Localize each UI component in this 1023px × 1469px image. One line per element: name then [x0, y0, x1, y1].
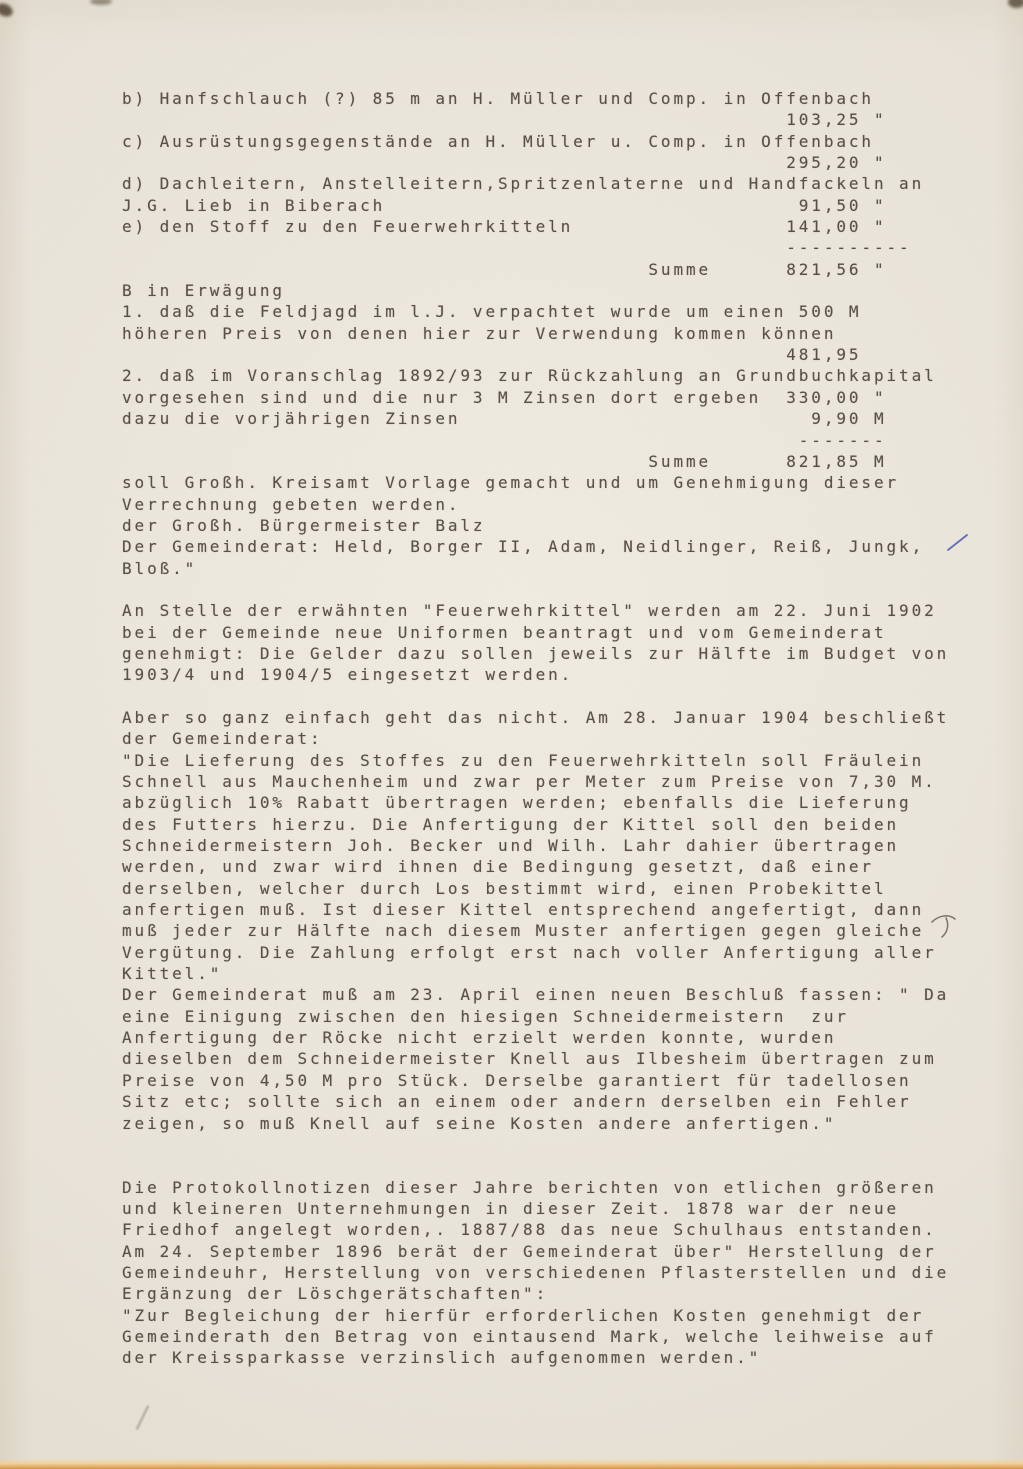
text-line: dazu die vorjährigen Zinsen 9,90 M [122, 408, 949, 429]
text-line: ------- [122, 430, 949, 451]
text-line: Summe 821,85 M [122, 451, 949, 472]
text-line: Anfertigung der Röcke nicht erzielt werd… [122, 1027, 949, 1048]
paper-bottom-edge [0, 1459, 1023, 1469]
text-line: anfertigen muß. Ist dieser Kittel entspr… [122, 899, 949, 920]
text-line: Sitz etc; sollte sich an einem oder ande… [122, 1091, 949, 1112]
text-line: ---------- [122, 237, 949, 258]
text-line: Verrechnung gebeten werden. [122, 494, 949, 515]
text-line: der Kreissparkasse verzinslich aufgenomm… [122, 1347, 949, 1368]
text-line: "Zur Begleichung der hierfür erforderlic… [122, 1305, 949, 1326]
text-line: vorgesehen sind und die nur 3 M Zinsen d… [122, 387, 949, 408]
text-line: 1. daß die Feldjagd im l.J. verpachtet w… [122, 301, 949, 322]
text-line: und kleineren Unternehmungen in dieser Z… [122, 1198, 949, 1219]
text-line: höheren Preis von denen hier zur Verwend… [122, 323, 949, 344]
text-line: 1903/4 und 1904/5 eingesetzt werden. [122, 664, 949, 685]
text-line [122, 1155, 949, 1176]
text-line: eine Einigung zwischen den hiesigen Schn… [122, 1006, 949, 1027]
text-line: e) den Stoff zu den Feuerwehrkitteln 141… [122, 216, 949, 237]
text-line: 295,20 " [122, 152, 949, 173]
text-line: Gemeindeuhr, Herstellung von verschieden… [122, 1262, 949, 1283]
text-line: Die Protokollnotizen dieser Jahre berich… [122, 1177, 949, 1198]
text-line: "Die Lieferung des Stoffes zu den Feuerw… [122, 750, 949, 771]
text-line: derselben, welcher durch Los bestimmt wi… [122, 878, 949, 899]
paper-stain-top-left [0, 1, 15, 19]
text-line: Aber so ganz einfach geht das nicht. Am … [122, 707, 949, 728]
text-line: b) Hanfschlauch (?) 85 m an H. Müller un… [122, 88, 949, 109]
text-line [122, 1134, 949, 1155]
text-line: Schneidermeistern Joh. Becker und Wilh. … [122, 835, 949, 856]
text-line: c) Ausrüstungsgegenstände an H. Müller u… [122, 131, 949, 152]
text-line: B in Erwägung [122, 280, 949, 301]
text-line: Summe 821,56 " [122, 259, 949, 280]
text-line: Der Gemeinderat: Held, Borger II, Adam, … [122, 536, 949, 557]
text-line: Am 24. September 1896 berät der Gemeinde… [122, 1241, 949, 1262]
text-line: Der Gemeinderat muß am 23. April einen n… [122, 984, 949, 1005]
text-line: An Stelle der erwähnten "Feuerwehrkittel… [122, 600, 949, 621]
text-line: abzüglich 10% Rabatt übertragen werden; … [122, 792, 949, 813]
text-line: Schnell aus Mauchenheim und zwar per Met… [122, 771, 949, 792]
document-lines: b) Hanfschlauch (?) 85 m an H. Müller un… [122, 88, 949, 1369]
text-line [122, 686, 949, 707]
text-line: des Futters hierzu. Die Anfertigung der … [122, 814, 949, 835]
document-page: b) Hanfschlauch (?) 85 m an H. Müller un… [0, 0, 1023, 1469]
paper-fiber-mark [135, 1405, 150, 1431]
paper-stain-top-smudge [90, 0, 112, 5]
text-line: 2. daß im Voranschlag 1892/93 zur Rückza… [122, 365, 949, 386]
text-line: Bloß." [122, 558, 949, 579]
text-line: d) Dachleitern, Anstelleitern,Spritzenla… [122, 173, 949, 194]
text-line: Vergütung. Die Zahlung erfolgt erst nach… [122, 942, 949, 963]
text-line: J.G. Lieb in Biberach 91,50 " [122, 195, 949, 216]
text-line: genehmigt: Die Gelder dazu sollen jeweil… [122, 643, 949, 664]
text-line: der Großh. Bürgermeister Balz [122, 515, 949, 536]
text-line: Ergänzung der Löschgerätschaften": [122, 1283, 949, 1304]
text-line: soll Großh. Kreisamt Vorlage gemacht und… [122, 472, 949, 493]
text-line: Friedhof angelegt worden,. 1887/88 das n… [122, 1219, 949, 1240]
text-line: 481,95 [122, 344, 949, 365]
text-line: werden, und zwar wird ihnen die Bedingun… [122, 856, 949, 877]
text-line: Gemeinderath den Betrag von eintausend M… [122, 1326, 949, 1347]
text-line: der Gemeinderat: [122, 728, 949, 749]
paper-stain-top-right [1008, 0, 1023, 8]
text-line [122, 579, 949, 600]
text-line: dieselben dem Schneidermeister Knell aus… [122, 1048, 949, 1069]
text-line: Kittel." [122, 963, 949, 984]
text-line: bei der Gemeinde neue Uniformen beantrag… [122, 622, 949, 643]
text-line: zeigen, so muß Knell auf seine Kosten an… [122, 1113, 949, 1134]
text-line: muß jeder zur Hälfte nach diesem Muster … [122, 920, 949, 941]
text-line: Preise von 4,50 M pro Stück. Derselbe ga… [122, 1070, 949, 1091]
text-line: 103,25 " [122, 109, 949, 130]
